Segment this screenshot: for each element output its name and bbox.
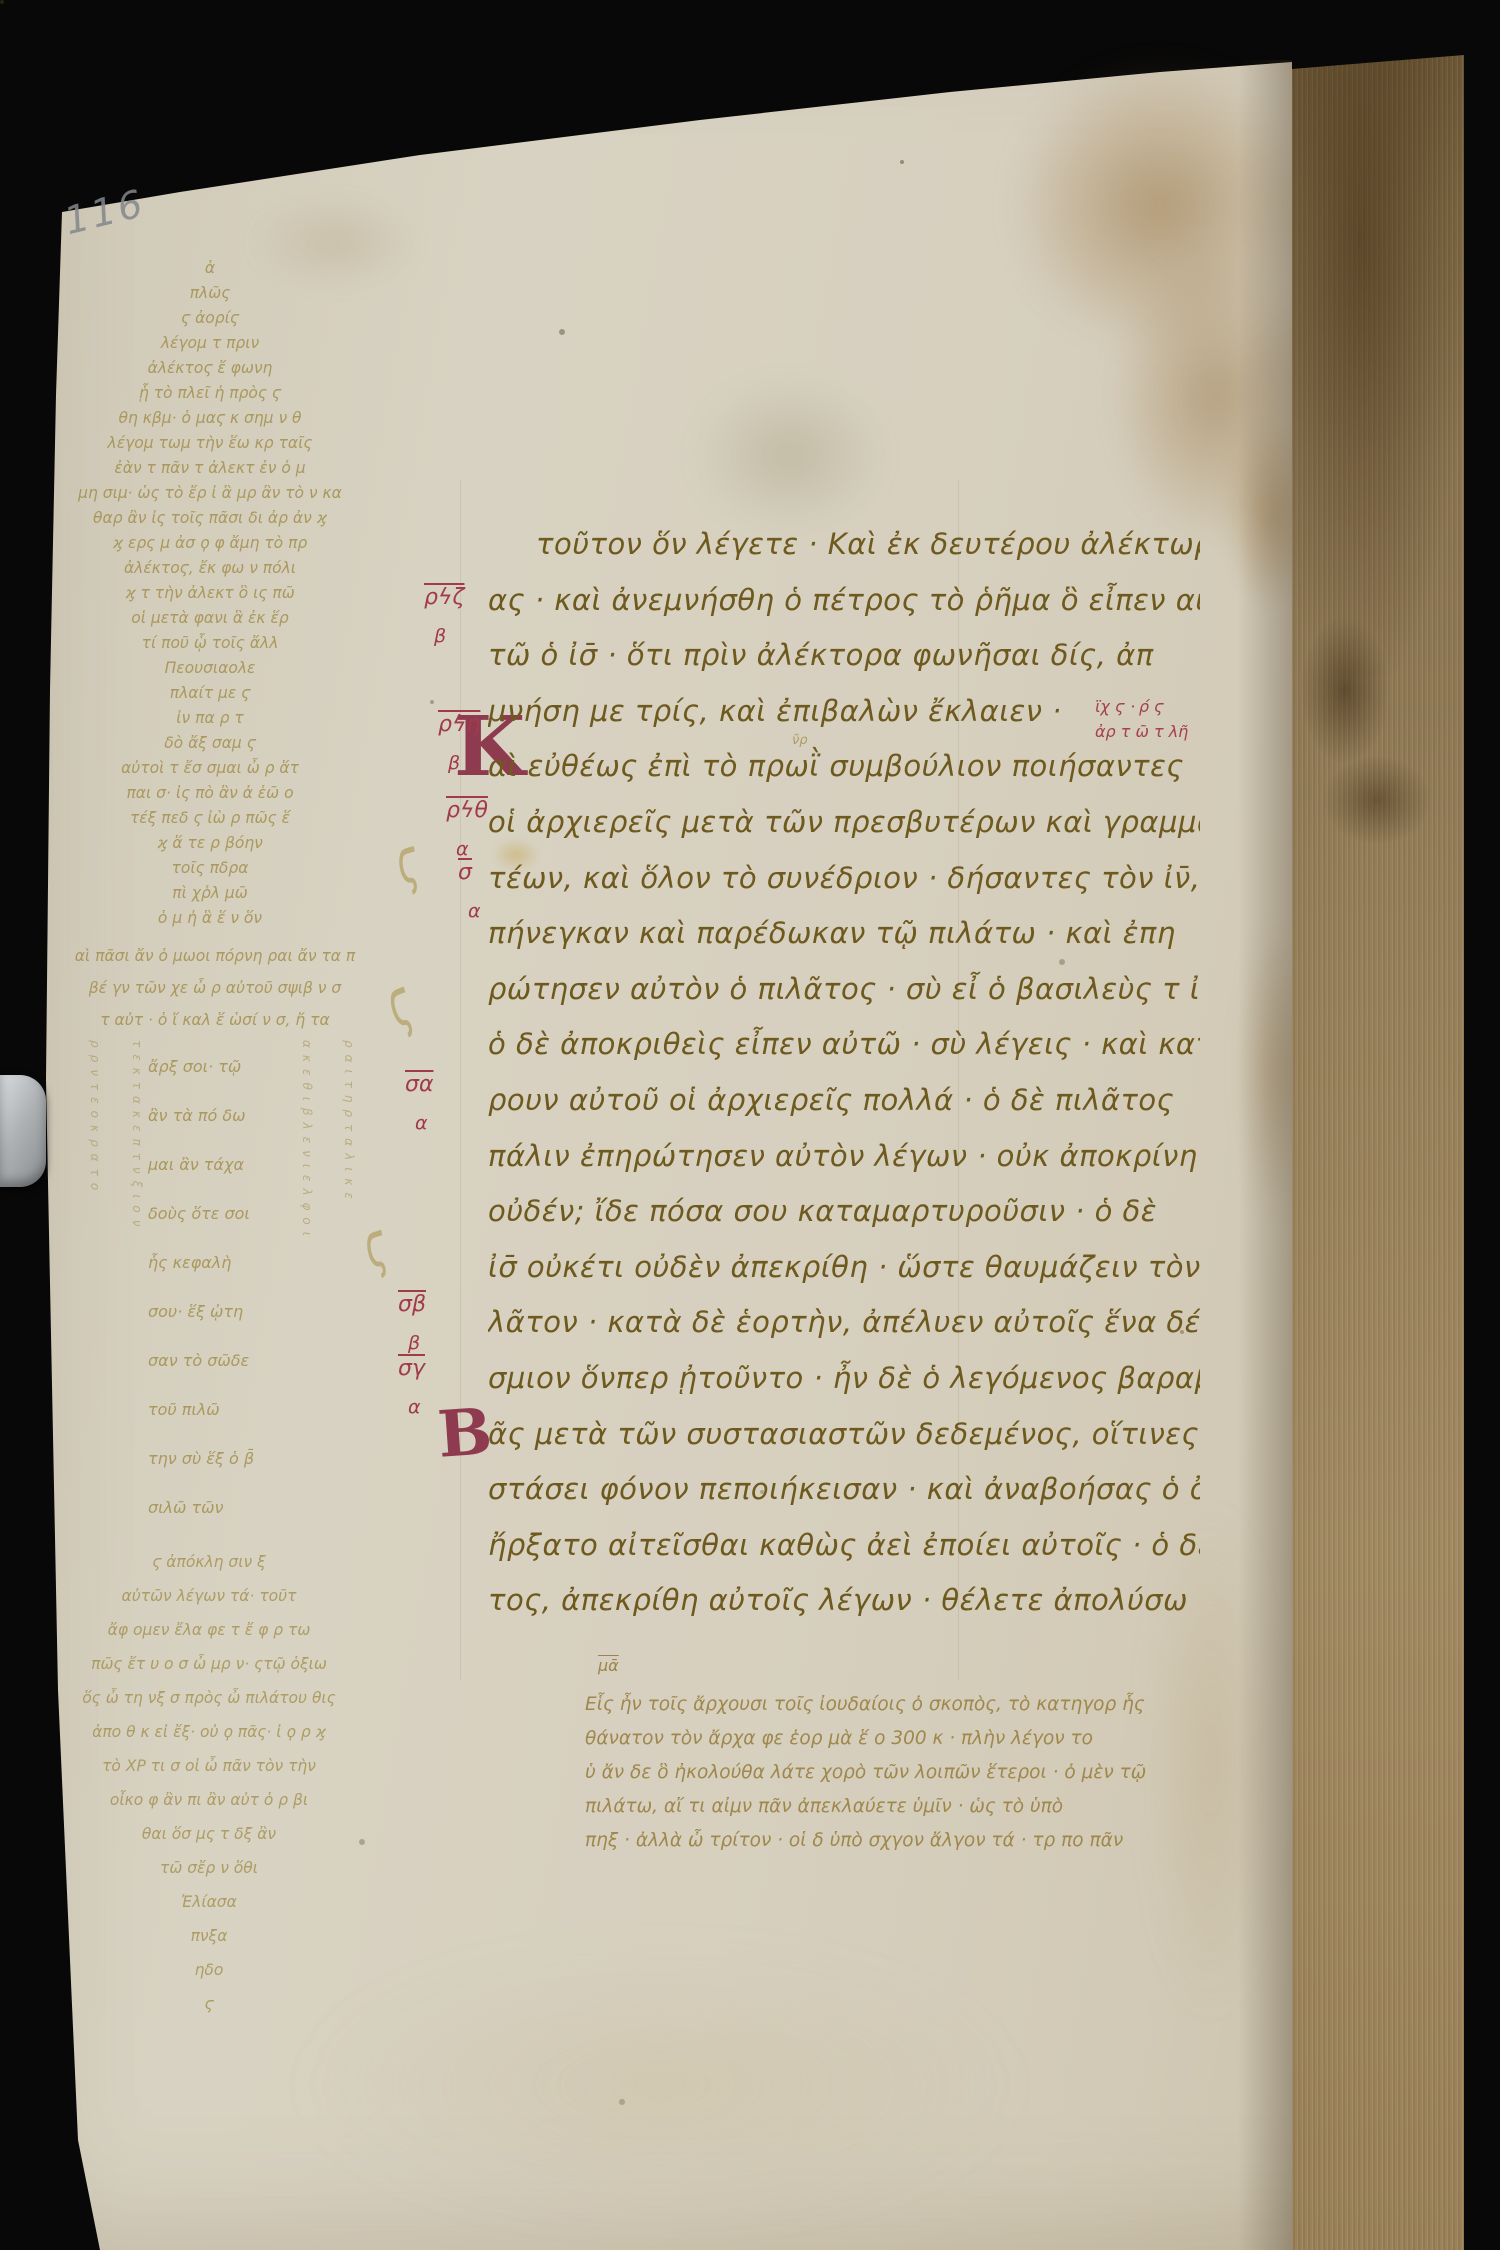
gloss-line: ἐὰν τ πᾶν τ ἀλεκτ ἐν ὁ μ [40,456,380,481]
gloss-top-column: ἁπλῶςϛ ἀορίϛλέγομ τ πρινἀλέκτοϛ ἔ φωνηᾗ … [40,256,380,931]
gloss-line: θαι ὅσ μς τ δξ ἂν [44,1817,374,1851]
gloss-line: θαρ ἂν ἰς τοῖς πᾶσι δι ἀρ ἀν ϗ [40,506,380,531]
section-number: ρϟζ [424,585,464,610]
gloss-center-column: ἄρξ σοι· τῷἂν τὰ πό δωμαι ἂν τάχαδοὺς ὅτ… [148,1042,308,1532]
eusebian-section-201: σα α [405,1072,433,1136]
gloss-line: τῶ σἔρ ν ὅθι [44,1851,374,1885]
canon-number: β [398,1330,426,1356]
gloss-line: Πεουσιαολε [40,656,380,681]
gutter-shadow [1238,60,1292,2250]
gloss-line: πλῶς [40,281,380,306]
main-text-line: ρώτησεν αὐτὸν ὁ πιλᾶτος · σὺ εἶ ὁ βασιλε… [488,962,1200,1018]
fore-edge-stain-lower [1322,755,1432,845]
main-text-line: οἱ ἀρχιερεῖς μετὰ τῶν πρεσβυτέρων καὶ γρ… [488,795,1200,851]
main-text-line: τοῦτον ὅν λέγετε · Καὶ ἐκ δευτέρου ἀλέκτ… [488,517,1200,573]
vertical-gloss-left-inner: τεκτακεπτνξιον [130,1040,144,1460]
main-text-line: τέων, καὶ ὅλον τὸ συνέδριον · δήσαντες τ… [488,851,1200,907]
gloss-line: ἧς κεφαλὴ [148,1238,308,1287]
gloss-line: τὸ ΧΡ τι σ οἱ ὦ πᾶν τὸν τὴν [44,1749,374,1783]
gloss-line: ἄφ ομεν ἔλα φε τ ἔ φ ρ τω [44,1613,374,1647]
gloss-line: δοὺς ὅτε σοι [148,1189,308,1238]
main-text-line: λᾶτον · κατὰ δὲ ἑορτὴν, ἀπέλυεν αὐτοῖς ἕ… [488,1295,1200,1351]
gloss-line: ϗ ερς μ ἀσ ϙ φ ἄμη τὸ πρ [40,531,380,556]
main-text-block: τοῦτον ὅν λέγετε · Καὶ ἐκ δευτέρου ἀλέκτ… [488,517,1200,1629]
canon-number: α [405,1110,433,1136]
eusebian-section-199: ρϟθ α [446,798,488,862]
section-number: σβ [398,1292,426,1317]
gloss-line: λέγομ τ πριν [40,331,380,356]
footnote-heading: μᾱ [598,1656,619,1675]
eusebian-section-202: σβ β [398,1292,426,1356]
section-number: ρϟη [438,712,480,737]
gloss-lower-column: ϛ ἀπόκλη σιν ξαὐτῶν λέγων τά· τοῦτἄφ ομε… [44,1545,374,2021]
gloss-line: Ἐλίασα [44,1885,374,1919]
gloss-line: τοῖς πδρα [40,856,380,881]
gloss-line: πῶς ἔτ υ ο σ ὦ μρ ν· ςτῷ ὁξιω [44,1647,374,1681]
footnote-line: Εἷς ἦν τοῖς ἄρχουσι τοῖς ἰουδαίοις ὁ σκο… [585,1688,1305,1722]
gloss-line: λέγομ τωμ τὴν ἕω κρ ταῖς [40,431,380,456]
gloss-line: τοῦ πιλῶ [148,1385,308,1434]
main-text-line: ἰσ̄ οὐκέτι οὐδὲν ἀπεκρίθη · ὥστε θαυμάζε… [488,1240,1200,1296]
gloss-line: ηδο [44,1953,374,1987]
gloss-line: τ αὐτ · ὁ ἴ καλ ἕ ὡσί ν σ, ἤ τα [40,1004,390,1036]
footnote-line: ὑ ἄν δε ὃ ἠκολούθα λάτε χορὸ τῶν λοιπῶν … [585,1756,1305,1790]
gloss-line: ϛ ἀπόκλη σιν ξ [44,1545,374,1579]
gloss-line: παι σ· ἰς πὸ ἂν ἀ ἑῶ ο [40,781,380,806]
gloss-line: σου· ἕξ ᾠτη [148,1287,308,1336]
main-text-line: μνήση με τρίς, καὶ ἐπιβαλὼν ἔκλαιεν · [488,684,1200,740]
gloss-line: πνξα [44,1919,374,1953]
gloss-line: ϗ τ τὴν ἀλεκτ ὃ ις πῶ [40,581,380,606]
gloss-line: πλαίτ με ϛ [40,681,380,706]
main-text-line: ᾶς μετὰ τῶν συστασιαστῶν δεδεμένος, οἵτι… [488,1407,1200,1463]
eusebian-section-197: ρϟζ β [424,585,464,649]
main-text-line: αὶ εὐθέως ἐπὶ τὸ πρωῒ συμβούλιον ποιήσαν… [488,739,1200,795]
gloss-line: ἁ [40,256,380,281]
main-text-line: οὐδέν; ἴδε πόσα σου καταμαρτυροῦσιν · ὁ … [488,1184,1200,1240]
fore-edge-stain-top [1292,55,1464,675]
vertical-gloss-left-outer: ρρντεοκρατο [88,1040,102,1460]
gloss-line: σιλῶ τῶν [148,1483,308,1532]
gloss-line: τί ποῦ ᾧ τοῖς ἄλλ [40,631,380,656]
section-number: σα [405,1072,433,1097]
main-text-line: ὁ δὲ ἀποκριθεὶς εἶπεν αὐτῶ · σὺ λέγεις ·… [488,1017,1200,1073]
canon-number: β [438,750,480,776]
gloss-line: τέξ πεδ ϛ ἰὼ ρ πῶς ἕ [40,806,380,831]
gloss-line: ϛ [44,1987,374,2021]
eusebian-section-203: σγ α [398,1356,425,1420]
gloss-line: αὶ πᾶσι ἄν ὁ μωοι πόρνη ραι ἄν τα π [40,940,390,972]
canon-number: α [446,836,488,862]
main-text-line: τῶ ὁ ἰσ̄ · ὅτι πρὶν ἀλέκτορα φωνῆσαι δίς… [488,628,1200,684]
gloss-line: ἄρξ σοι· τῷ [148,1042,308,1091]
gloss-line: αὐτοὶ τ ἔσ σμαι ὦ ρ ἅτ [40,756,380,781]
gloss-line: ὅς ὦ τη νξ σ πρὸς ὦ πιλάτου θις [44,1681,374,1715]
gloss-line: ἀλέκτοϛ, ἔκ φω ν πόλι [40,556,380,581]
gloss-wide-lines: αὶ πᾶσι ἄν ὁ μωοι πόρνη ραι ἄν τα πβέ γν… [40,940,390,1036]
rubricated-initial-beta: Β [436,1400,494,1468]
gloss-line: ἰν πα ρ τ [40,706,380,731]
book-fore-edge [1292,55,1464,2250]
gloss-line: οἱ μετὰ φανι ἃ ἐκ ἕρ [40,606,380,631]
manuscript-photo: 116 Κ Β ρϟζ β ρϟη β ρϟθ α σ α σα α σβ β … [0,0,1500,2250]
footnote-line: πιλάτω, αἴ τι αἰμν πᾶν ἀπεκλαύετε ὑμῖν ·… [585,1790,1305,1824]
vertical-gloss-right-inner: ακεθιβλενιελφοι [300,1040,314,1420]
gloss-line: θη κβμ· ὁ μαϛ κ σημ ν θ [40,406,380,431]
gloss-line: ἂν τὰ πό δω [148,1091,308,1140]
main-text-line: σμιον ὅνπερ ᾐτοῦντο · ἦν δὲ ὁ λεγόμενος … [488,1351,1200,1407]
section-number: σ [458,860,472,885]
main-text-line: ρουν αὐτοῦ οἱ ἀρχιερεῖς πολλά · ὁ δὲ πιλ… [488,1073,1200,1129]
main-text-line: πήνεγκαν καὶ παρέδωκαν τῷ πιλάτω · καὶ ἐ… [488,906,1200,962]
gloss-line: ϛ ἀορίϛ [40,306,380,331]
main-text-line: ἤρξατο αἰτεῖσθαι καθὼς ἀεὶ ἐποίει αὐτοῖς… [488,1518,1200,1574]
gloss-line: την σὺ ἕξ ὁ β̄ [148,1434,308,1483]
footnote-block: Εἷς ἦν τοῖς ἄρχουσι τοῖς ἰουδαίοις ὁ σκο… [585,1688,1305,1858]
gloss-line: ἀλέκτοϛ ἔ φωνη [40,356,380,381]
section-number: σγ [398,1356,425,1381]
canon-number: α [458,898,481,924]
gloss-line: οἶκο φ ἂν πι ἂν αὐτ ὁ ρ βι [44,1783,374,1817]
footnote-line: πηξ · ἀλλὰ ὦ τρίτον · οἱ δ ὑπὸ σχγον ἄλγ… [585,1824,1305,1858]
main-text-line: ας · καὶ ἀνεμνήσθη ὁ πέτρος τὸ ῥῆμα ὃ εἶ… [488,573,1200,629]
vertical-gloss-right-outer: ραιτηρταλικε [342,1040,356,1420]
section-number: ρϟθ [446,798,488,823]
gloss-line: δὸ ἄξ σαμ ϛ [40,731,380,756]
gloss-line: σαν τὸ σῶδε [148,1336,308,1385]
eusebian-section-198: ρϟη β [438,712,480,776]
metal-clasp [0,1075,46,1187]
fore-edge-stain-knot [1300,615,1390,765]
main-text-line: στάσει φόνον πεποιήκεισαν · καὶ ἀναβοήσα… [488,1462,1200,1518]
gloss-line: ὁ μ ἠ ἃ ἕ ν ὅν [40,906,380,931]
gloss-line: πὶ χῥλ μῶ [40,881,380,906]
canon-number: α [398,1394,425,1420]
eusebian-section-200: σ α [458,860,481,924]
main-text-line: τος, ἀπεκρίθη αὐτοῖς λέγων · θέλετε ἀπολ… [488,1573,1200,1629]
gloss-line: αὐτῶν λέγων τά· τοῦτ [44,1579,374,1613]
gloss-line: ᾗ τὸ πλεῖ ἡ πρὸς ϛ [40,381,380,406]
gloss-line: ἀπο θ κ εἰ ἔξ· οὐ ϙ πᾶς· ἰ ϙ ρ ϗ [44,1715,374,1749]
canon-number: β [424,623,464,649]
gloss-line: βέ γν τῶν χε ὦ ρ αὐτοῦ σψιβ ν σ [40,972,390,1004]
gloss-line: μαι ἂν τάχα [148,1140,308,1189]
footnote-line: θάνατον τὸν ἄρχα φε ἑορ μὰ ἕ ο 300 κ · π… [585,1722,1305,1756]
main-text-line: πάλιν ἐπηρώτησεν αὐτὸν λέγων · οὐκ ἀποκρ… [488,1129,1200,1185]
gloss-line: μη σιμ· ὡς τὸ ἔρ ἰ ἃ μρ ἂν τὸ ν κα [40,481,380,506]
ink-specks [0,0,4,4]
ruling-guide-left [460,480,461,1680]
gloss-line: ϗ ἅ τε ρ βόην [40,831,380,856]
